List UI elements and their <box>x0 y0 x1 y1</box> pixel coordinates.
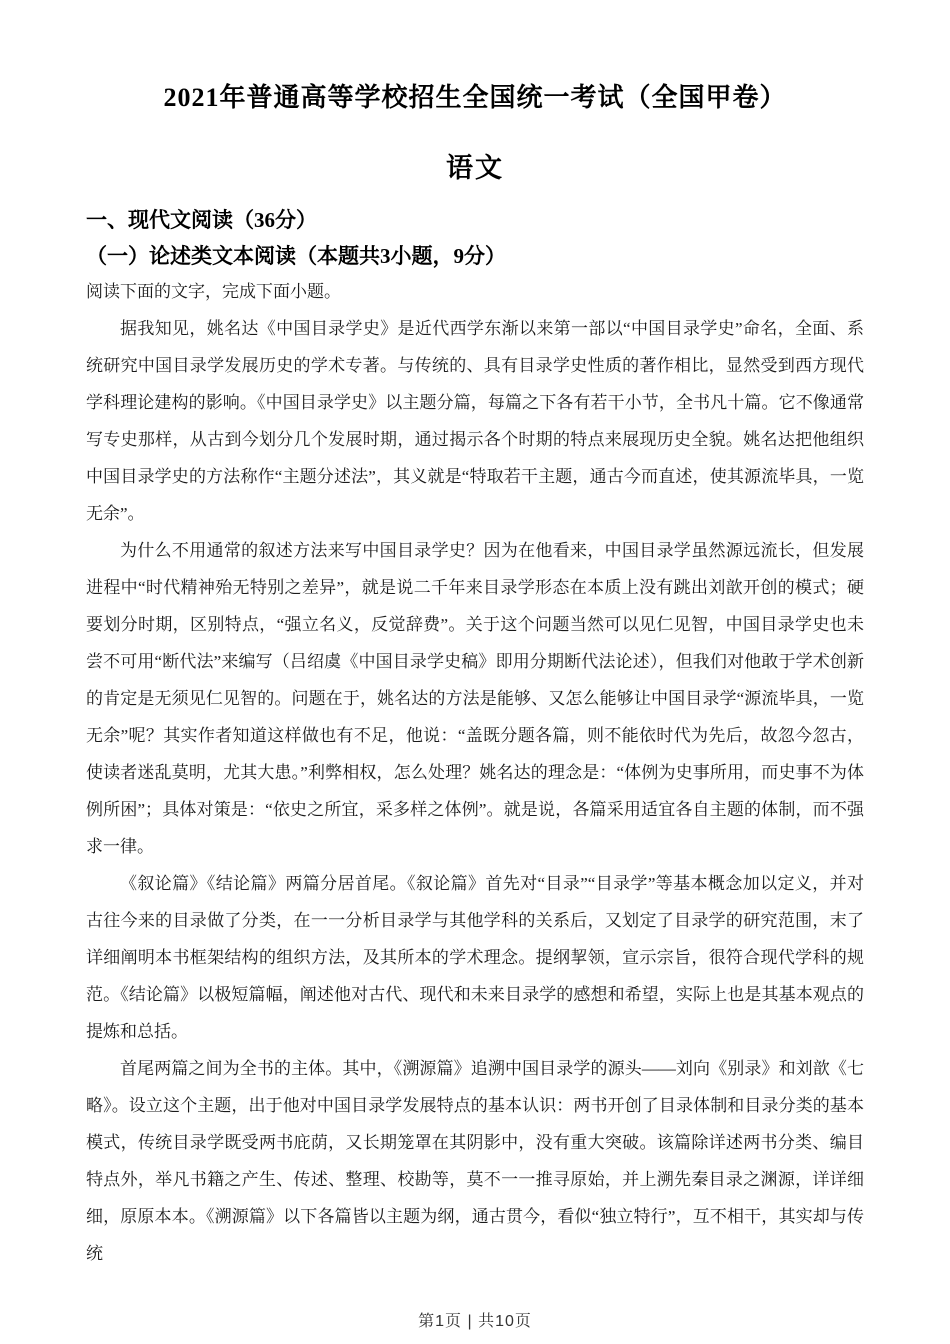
passage-paragraph-2: 为什么不用通常的叙述方法来写中国目录学史？因为在他看来，中国目录学虽然源远流长，… <box>86 532 864 865</box>
subject-title: 语文 <box>86 152 864 184</box>
exam-document-page: 2021年普通高等学校招生全国统一考试（全国甲卷） 语文 一、现代文阅读（36分… <box>0 82 950 1272</box>
subsection-heading-argumentative-reading: （一）论述类文本阅读（本题共3小题，9分） <box>86 242 864 270</box>
passage-text: 据我知见，姚名达《中国目录学史》是近代西学东渐以来第一部以“中国目录学史”命名，… <box>86 310 864 1272</box>
document-title: 2021年普通高等学校招生全国统一考试（全国甲卷） <box>86 82 864 114</box>
section-heading-modern-reading: 一、现代文阅读（36分） <box>86 206 864 234</box>
passage-paragraph-4: 首尾两篇之间为全书的主体。其中，《溯源篇》追溯中国目录学的源头——刘向《别录》和… <box>86 1050 864 1272</box>
passage-paragraph-1: 据我知见，姚名达《中国目录学史》是近代西学东渐以来第一部以“中国目录学史”命名，… <box>86 310 864 532</box>
reading-instruction: 阅读下面的文字，完成下面小题。 <box>86 279 864 305</box>
page-number-indicator: 第1页 | 共10页 <box>418 1313 532 1330</box>
page-footer: 第1页 | 共10页 <box>0 1312 950 1332</box>
passage-paragraph-3: 《叙论篇》《结论篇》两篇分居首尾。《叙论篇》首先对“目录”“目录学”等基本概念加… <box>86 865 864 1050</box>
